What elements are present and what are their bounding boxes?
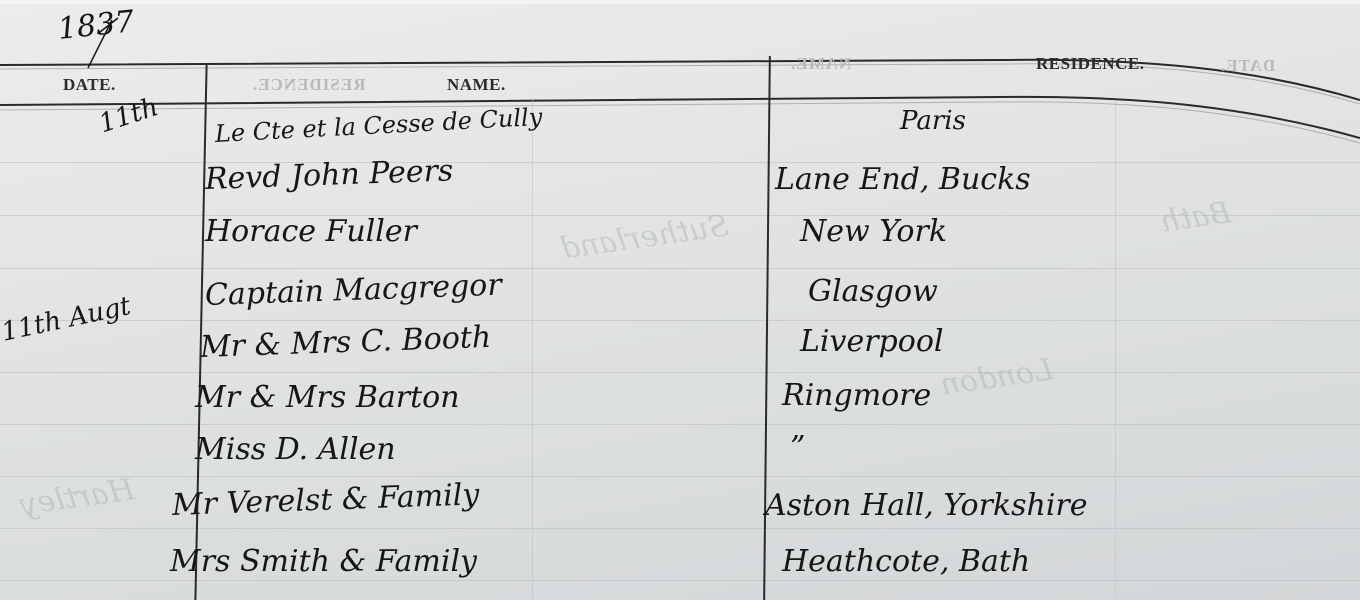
bleedthrough-header: DATE. — [1220, 56, 1275, 76]
header-name: NAME. — [447, 75, 506, 95]
entry-residence: Heathcote, Bath — [782, 544, 1030, 579]
entry-residence: Aston Hall, Yorkshire — [765, 488, 1088, 523]
bleedthrough-header: RESIDENCE. — [252, 75, 365, 95]
entry-residence: Paris — [900, 106, 966, 136]
header-date: DATE. — [63, 75, 116, 95]
entry-residence: Lane End, Bucks — [775, 162, 1031, 197]
entry-residence: Glasgow — [808, 274, 938, 309]
entry-name: Mr & Mrs Barton — [195, 380, 460, 415]
entry-residence: Ringmore — [782, 378, 931, 413]
entry-residence: New York — [800, 214, 947, 249]
entry-residence: Liverpool — [800, 324, 943, 359]
column-divider-faint — [1115, 100, 1116, 600]
entry-name: Horace Fuller — [205, 214, 417, 249]
entry-name: Miss D. Allen — [195, 432, 396, 467]
ledger-page: 1837 DATE. NAME. RESIDENCE. RESIDENCE. D… — [0, 0, 1360, 600]
bleedthrough-header: NAME. — [790, 54, 851, 74]
header-residence: RESIDENCE. — [1036, 54, 1144, 74]
entry-name: Mrs Smith & Family — [170, 544, 477, 579]
column-divider-faint — [532, 100, 533, 600]
entry-residence: ” — [790, 430, 805, 465]
